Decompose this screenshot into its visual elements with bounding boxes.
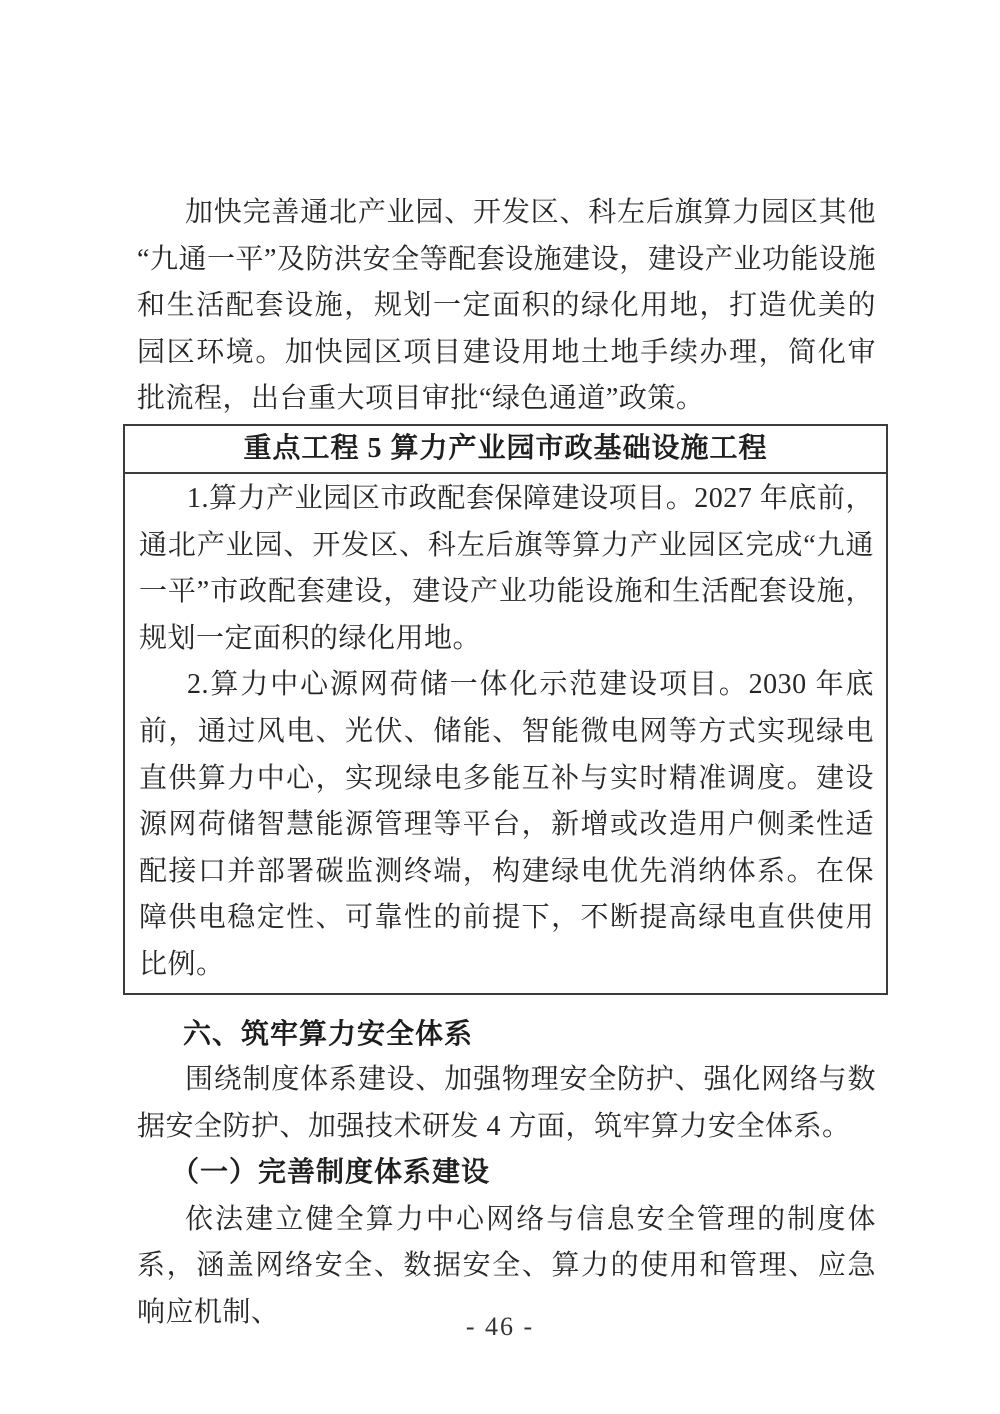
key-project-item-1: 1.算力产业园区市政配套保障建设项目。2027 年底前，通北产业园、开发区、科左…: [125, 476, 886, 662]
key-project-box-title: 重点工程 5 算力产业园市政基础设施工程: [125, 426, 886, 474]
page-number: - 46 -: [0, 1312, 1000, 1342]
key-project-item-2: 2.算力中心源网荷储一体化示范建设项目。2030 年底前，通过风电、光伏、储能、…: [125, 662, 886, 988]
intro-paragraph: 加快完善通北产业园、开发区、科左后旗算力园区其他“九通一平”及防洪安全等配套设施…: [123, 190, 888, 423]
document-page: 加快完善通北产业园、开发区、科左后旗算力园区其他“九通一平”及防洪安全等配套设施…: [0, 0, 1000, 1414]
page-content: 加快完善通北产业园、开发区、科左后旗算力园区其他“九通一平”及防洪安全等配套设施…: [123, 190, 888, 1337]
key-project-box-body: 1.算力产业园区市政配套保障建设项目。2027 年底前，通北产业园、开发区、科左…: [125, 474, 886, 993]
section-6-lead-paragraph: 围绕制度体系建设、加强物理安全防护、强化网络与数据安全防护、加强技术研发 4 方…: [123, 1057, 888, 1150]
section-heading-6: 六、筑牢算力安全体系: [123, 1011, 888, 1058]
subsection-heading-6-1: （一）完善制度体系建设: [123, 1150, 888, 1197]
key-project-box: 重点工程 5 算力产业园市政基础设施工程 1.算力产业园区市政配套保障建设项目。…: [123, 424, 888, 995]
